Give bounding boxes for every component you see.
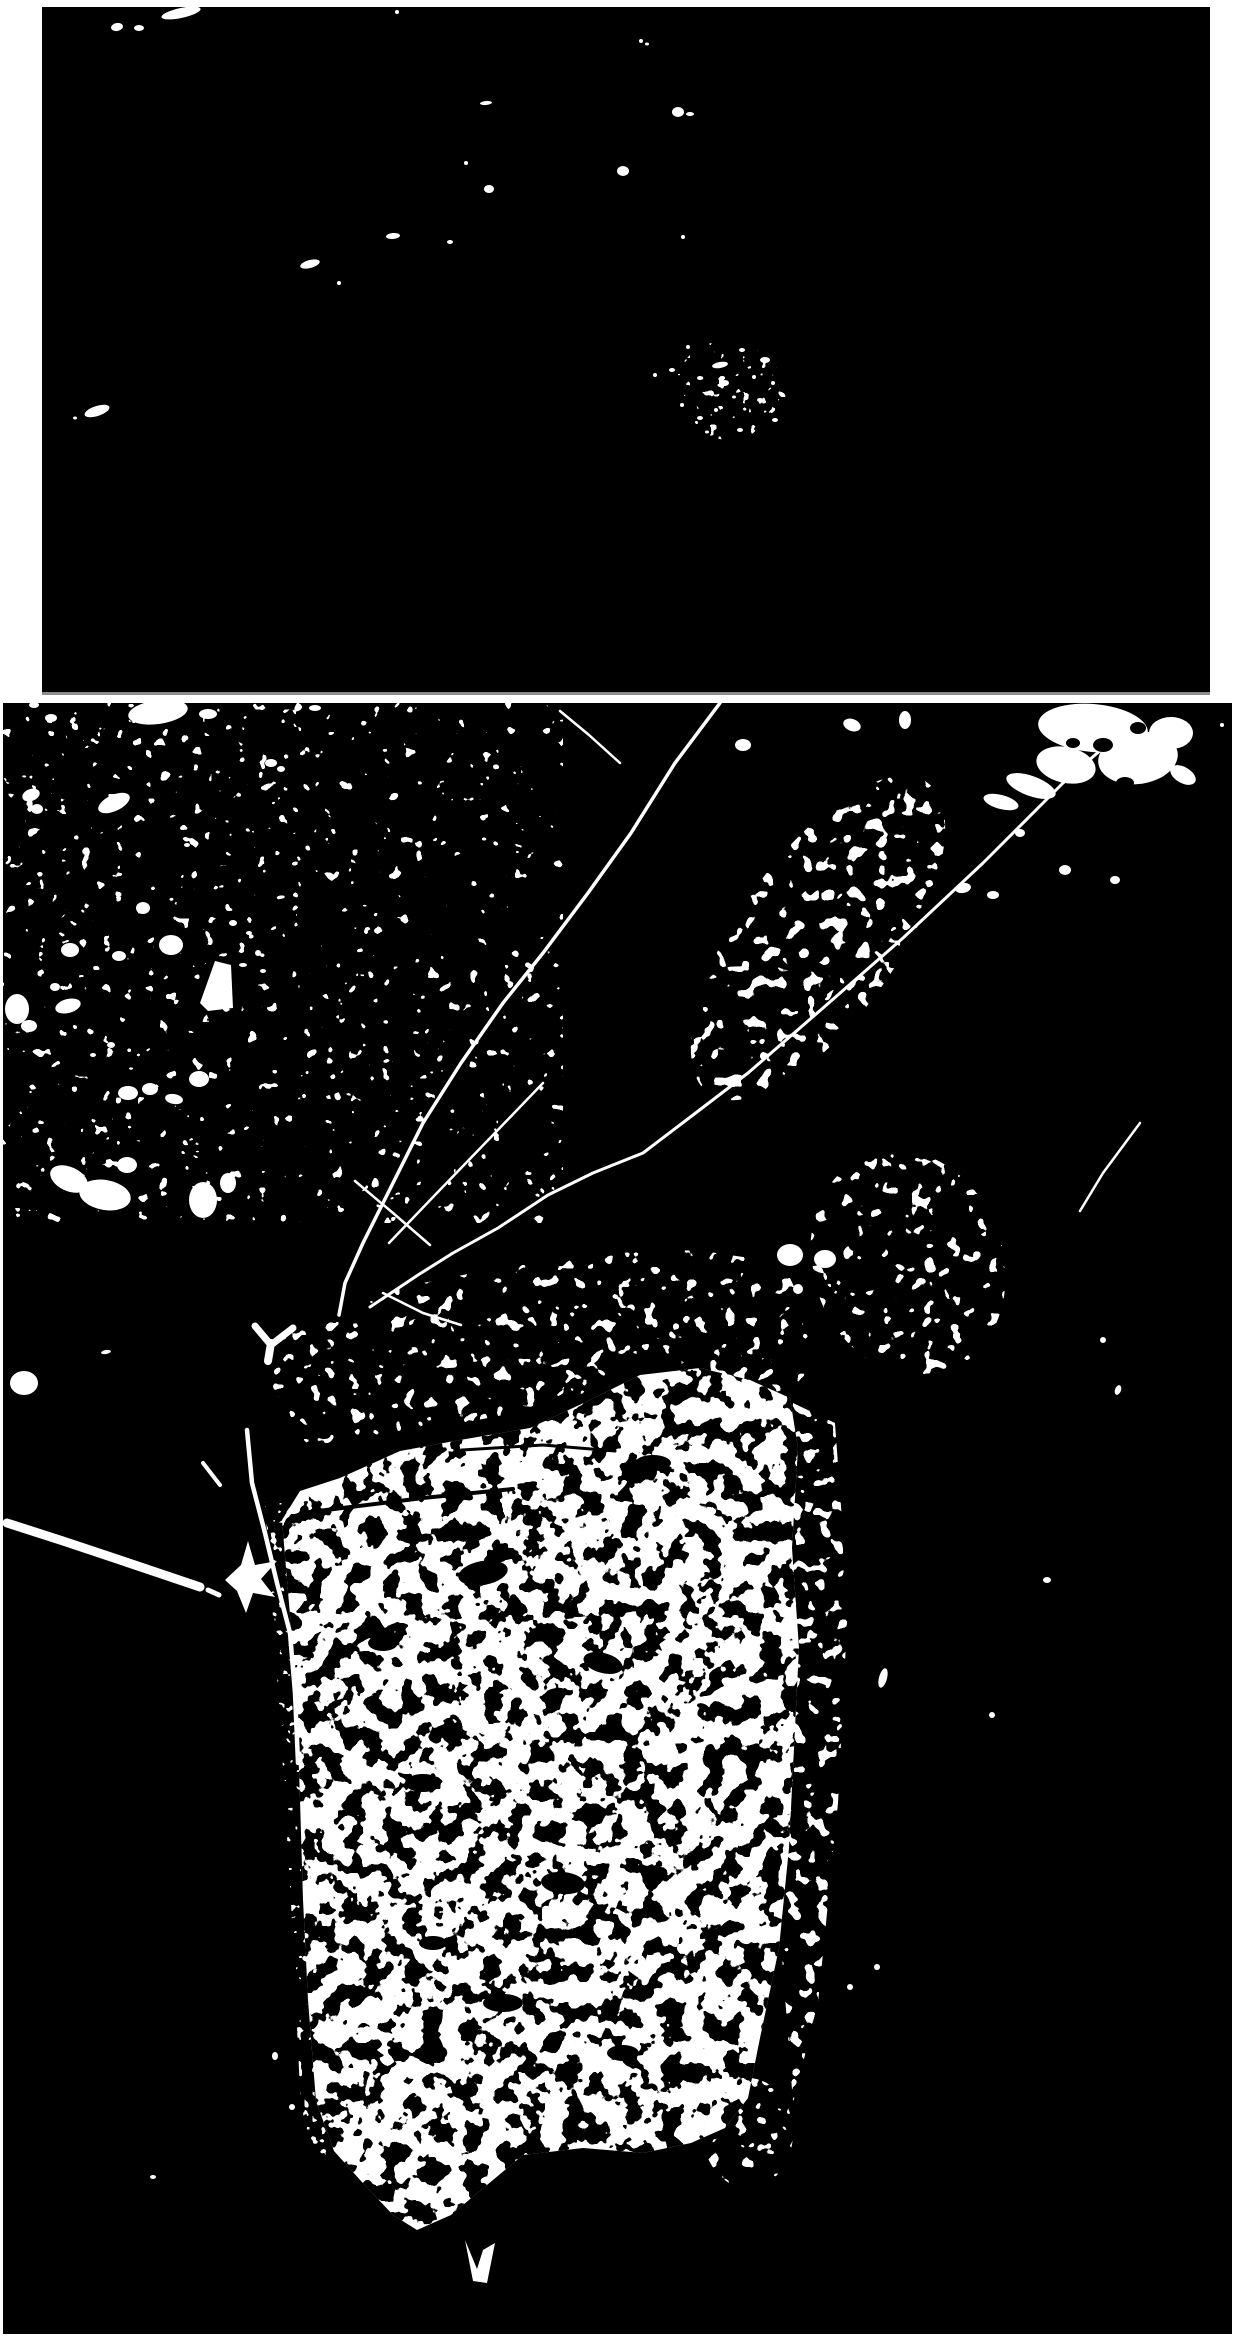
white-speck [899, 711, 911, 729]
white-speck [184, 843, 190, 847]
white-speck [680, 403, 684, 407]
white-speck [277, 766, 285, 772]
white-speck [697, 376, 703, 380]
white-speck [10, 1371, 38, 1395]
white-speck [73, 417, 77, 420]
figure-top-binary-frame [42, 7, 1210, 695]
white-speck [136, 902, 150, 914]
white-speck [220, 1173, 236, 1193]
dark-hole [1093, 738, 1113, 752]
white-speck [150, 2175, 156, 2179]
white-speck [260, 969, 266, 973]
white-speck [989, 1712, 995, 1718]
white-speck [134, 25, 144, 31]
white-speck [107, 1042, 115, 1048]
dark-hole [368, 1635, 398, 1651]
white-speck [686, 345, 690, 349]
white-speck [484, 185, 494, 193]
white-speck [189, 1182, 217, 1218]
white-speck [752, 375, 756, 379]
white-speck [874, 1964, 880, 1970]
white-speck [681, 235, 685, 239]
figure-bottom-binary-tree-frame [3, 703, 1232, 2334]
white-speck [617, 166, 629, 176]
dark-hole [483, 1994, 523, 2012]
figure-bottom-speckle-field [3, 703, 575, 1235]
white-speck [447, 240, 453, 244]
dark-hole [419, 1936, 447, 1950]
white-speck [265, 759, 277, 767]
white-speck [229, 920, 237, 926]
page [0, 0, 1240, 2344]
figure-bottom-canvas [3, 703, 1232, 2334]
white-speck [159, 935, 183, 955]
white-speck [732, 396, 736, 399]
white-speck [255, 950, 261, 956]
white-speck [735, 739, 751, 751]
white-speck [337, 281, 341, 285]
white-speck [777, 1244, 803, 1266]
white-speck [737, 428, 743, 432]
white-speck [1015, 829, 1025, 837]
white-speck [189, 1071, 209, 1087]
white-speck [793, 1284, 803, 1294]
white-speck [31, 804, 43, 814]
white-speck [714, 408, 718, 412]
white-speck [739, 348, 745, 352]
dark-hole [1066, 738, 1080, 748]
dark-hole [1116, 777, 1134, 789]
white-speck [1059, 865, 1071, 875]
white-speck [772, 418, 778, 422]
white-speck [757, 398, 763, 402]
frame-bottom-divider [42, 692, 1210, 695]
white-speck [50, 983, 60, 991]
white-speck [814, 1250, 836, 1268]
white-speck [721, 380, 729, 386]
white-speck [464, 161, 468, 165]
white-speck [5, 994, 29, 1024]
white-speck [117, 1157, 137, 1173]
white-speck [90, 1053, 96, 1057]
white-speck [645, 43, 649, 46]
white-speck [239, 963, 247, 967]
white-speck [1149, 717, 1193, 749]
white-speck [1220, 723, 1224, 727]
dark-hole [635, 1455, 671, 1471]
white-speck [246, 931, 252, 935]
white-speck [1100, 1337, 1106, 1343]
white-speck [1110, 876, 1120, 884]
white-speck [847, 1984, 853, 1990]
white-speck [771, 381, 775, 385]
white-speck [395, 10, 399, 14]
white-speck [697, 416, 703, 420]
white-speck [272, 2052, 278, 2060]
dark-hole [405, 1774, 441, 1792]
white-speck [289, 2104, 295, 2110]
white-speck [309, 705, 321, 711]
dark-hole [607, 2045, 639, 2061]
white-speck [639, 39, 643, 43]
tree-trunk-texture [276, 1362, 811, 2242]
white-speck [199, 709, 217, 719]
white-speck [45, 714, 57, 722]
white-speck [61, 943, 79, 957]
white-speck [705, 431, 709, 434]
white-speck [987, 891, 999, 899]
white-speck [1043, 1577, 1051, 1583]
figure-top-background [42, 7, 1210, 695]
white-speck [21, 1020, 37, 1032]
white-speck [142, 1083, 158, 1095]
white-speck [653, 373, 657, 377]
figure-top-canvas [42, 7, 1210, 695]
white-speck [686, 112, 694, 116]
white-speck [112, 951, 126, 961]
white-speck [669, 368, 675, 372]
dark-hole [1130, 722, 1146, 734]
white-speck [760, 357, 770, 363]
white-speck [118, 1086, 138, 1100]
white-speck [672, 107, 684, 117]
